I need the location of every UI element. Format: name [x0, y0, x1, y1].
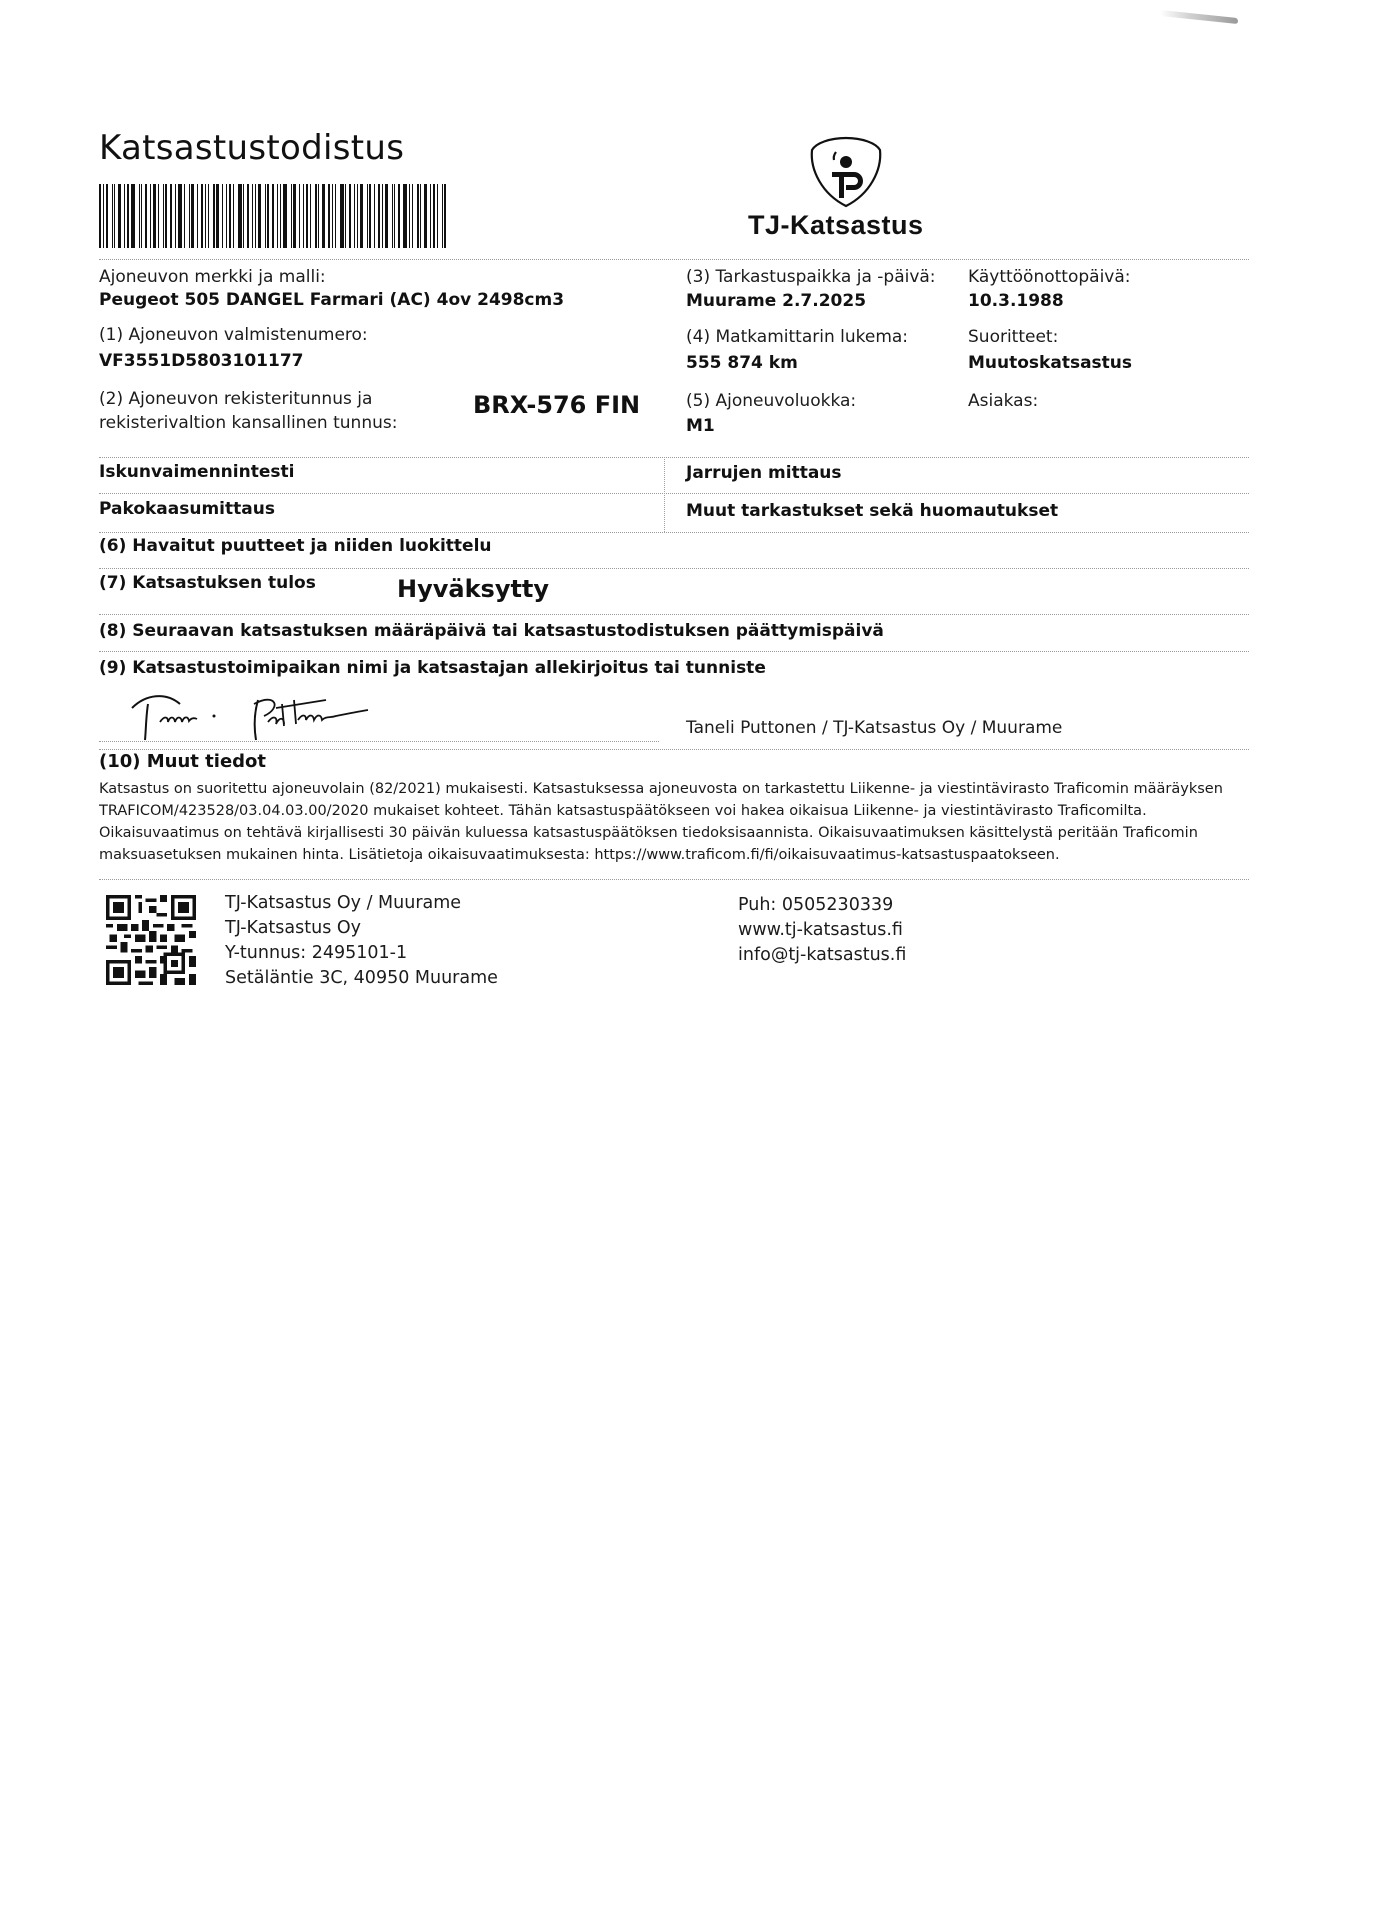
exhaust-measurement: Pakokaasumittaus: [99, 499, 275, 519]
other-info-text: Katsastus on suoritettu ajoneuvolain (82…: [99, 778, 1289, 866]
qr-code-icon: [106, 895, 196, 985]
divider: [99, 879, 1249, 880]
customer-label: Asiakas:: [968, 390, 1038, 412]
other-info-line: maksuasetuksen mukainen hinta. Lisätieto…: [99, 844, 1289, 866]
other-info-line: Katsastus on suoritettu ajoneuvolain (82…: [99, 778, 1289, 800]
other-checks: Muut tarkastukset sekä huomautukset: [686, 501, 1058, 521]
company-line: TJ-Katsastus Oy / Muurame: [225, 891, 498, 916]
reg-label-line1: (2) Ajoneuvon rekisteritunnus ja: [99, 388, 372, 410]
odometer-value: 555 874 km: [686, 352, 798, 374]
class-value: M1: [686, 415, 715, 437]
company-info: TJ-Katsastus Oy / Muurame TJ-Katsastus O…: [225, 891, 498, 991]
scan-smudge: [1160, 10, 1238, 24]
shield-tp-logo-icon: [806, 134, 886, 210]
contact-info: Puh: 0505230339 www.tj-katsastus.fi info…: [738, 893, 906, 968]
website-link[interactable]: www.tj-katsastus.fi: [738, 918, 906, 943]
vin-value: VF3551D5803101177: [99, 350, 303, 372]
inspector-name: Taneli Puttonen / TJ-Katsastus Oy / Muur…: [686, 717, 1062, 739]
other-info-label: (10) Muut tiedot: [99, 751, 266, 772]
divider: [99, 749, 1249, 750]
divider: [99, 457, 1249, 458]
barcode-icon: [99, 184, 609, 248]
handwritten-signature-icon: [126, 686, 416, 746]
result-value: Hyväksytty: [397, 574, 549, 604]
shock-absorber-test: Iskunvaimennintesti: [99, 462, 294, 482]
place-date-value: Muurame 2.7.2025: [686, 290, 866, 312]
divider: [99, 259, 1249, 260]
make-model-value: Peugeot 505 DANGEL Farmari (AC) 4ov 2498…: [99, 289, 564, 311]
signature-label: (9) Katsastustoimipaikan nimi ja katsast…: [99, 658, 766, 678]
phone: Puh: 0505230339: [738, 893, 906, 918]
odometer-label: (4) Matkamittarin lukema:: [686, 326, 908, 348]
divider: [99, 614, 1249, 615]
company-line: TJ-Katsastus Oy: [225, 916, 498, 941]
column-divider: [664, 457, 665, 532]
other-info-line: TRAFICOM/423528/03.04.03.00/2020 mukaise…: [99, 800, 1289, 822]
divider: [99, 493, 1249, 494]
class-label: (5) Ajoneuvoluokka:: [686, 390, 856, 412]
divider: [99, 651, 1249, 652]
other-info-line: Oikaisuvaatimus on tehtävä kirjallisesti…: [99, 822, 1289, 844]
registration-value: BRX-576 FIN: [473, 390, 640, 420]
next-date-label: (8) Seuraavan katsastuksen määräpäivä ta…: [99, 621, 884, 641]
company-line: Setäläntie 3C, 40950 Muurame: [225, 966, 498, 991]
first-use-value: 10.3.1988: [968, 290, 1064, 312]
divider: [99, 568, 1249, 569]
email-link[interactable]: info@tj-katsastus.fi: [738, 943, 906, 968]
reg-label-line2: rekisterivaltion kansallinen tunnus:: [99, 412, 397, 434]
company-line: Y-tunnus: 2495101-1: [225, 941, 498, 966]
make-model-label: Ajoneuvon merkki ja malli:: [99, 266, 326, 288]
vin-label: (1) Ajoneuvon valmistenumero:: [99, 324, 368, 346]
brand-name: TJ-Katsastus: [748, 210, 924, 241]
document-title: Katsastustodistus: [99, 128, 404, 168]
signature-line: [99, 741, 659, 742]
defects-label: (6) Havaitut puutteet ja niiden luokitte…: [99, 536, 492, 556]
services-value: Muutoskatsastus: [968, 352, 1132, 374]
result-label: (7) Katsastuksen tulos: [99, 573, 316, 593]
first-use-label: Käyttöönottopäivä:: [968, 266, 1131, 288]
services-label: Suoritteet:: [968, 326, 1058, 348]
place-date-label: (3) Tarkastuspaikka ja -päivä:: [686, 266, 936, 288]
divider: [99, 532, 1249, 533]
brake-measurement: Jarrujen mittaus: [686, 463, 842, 483]
